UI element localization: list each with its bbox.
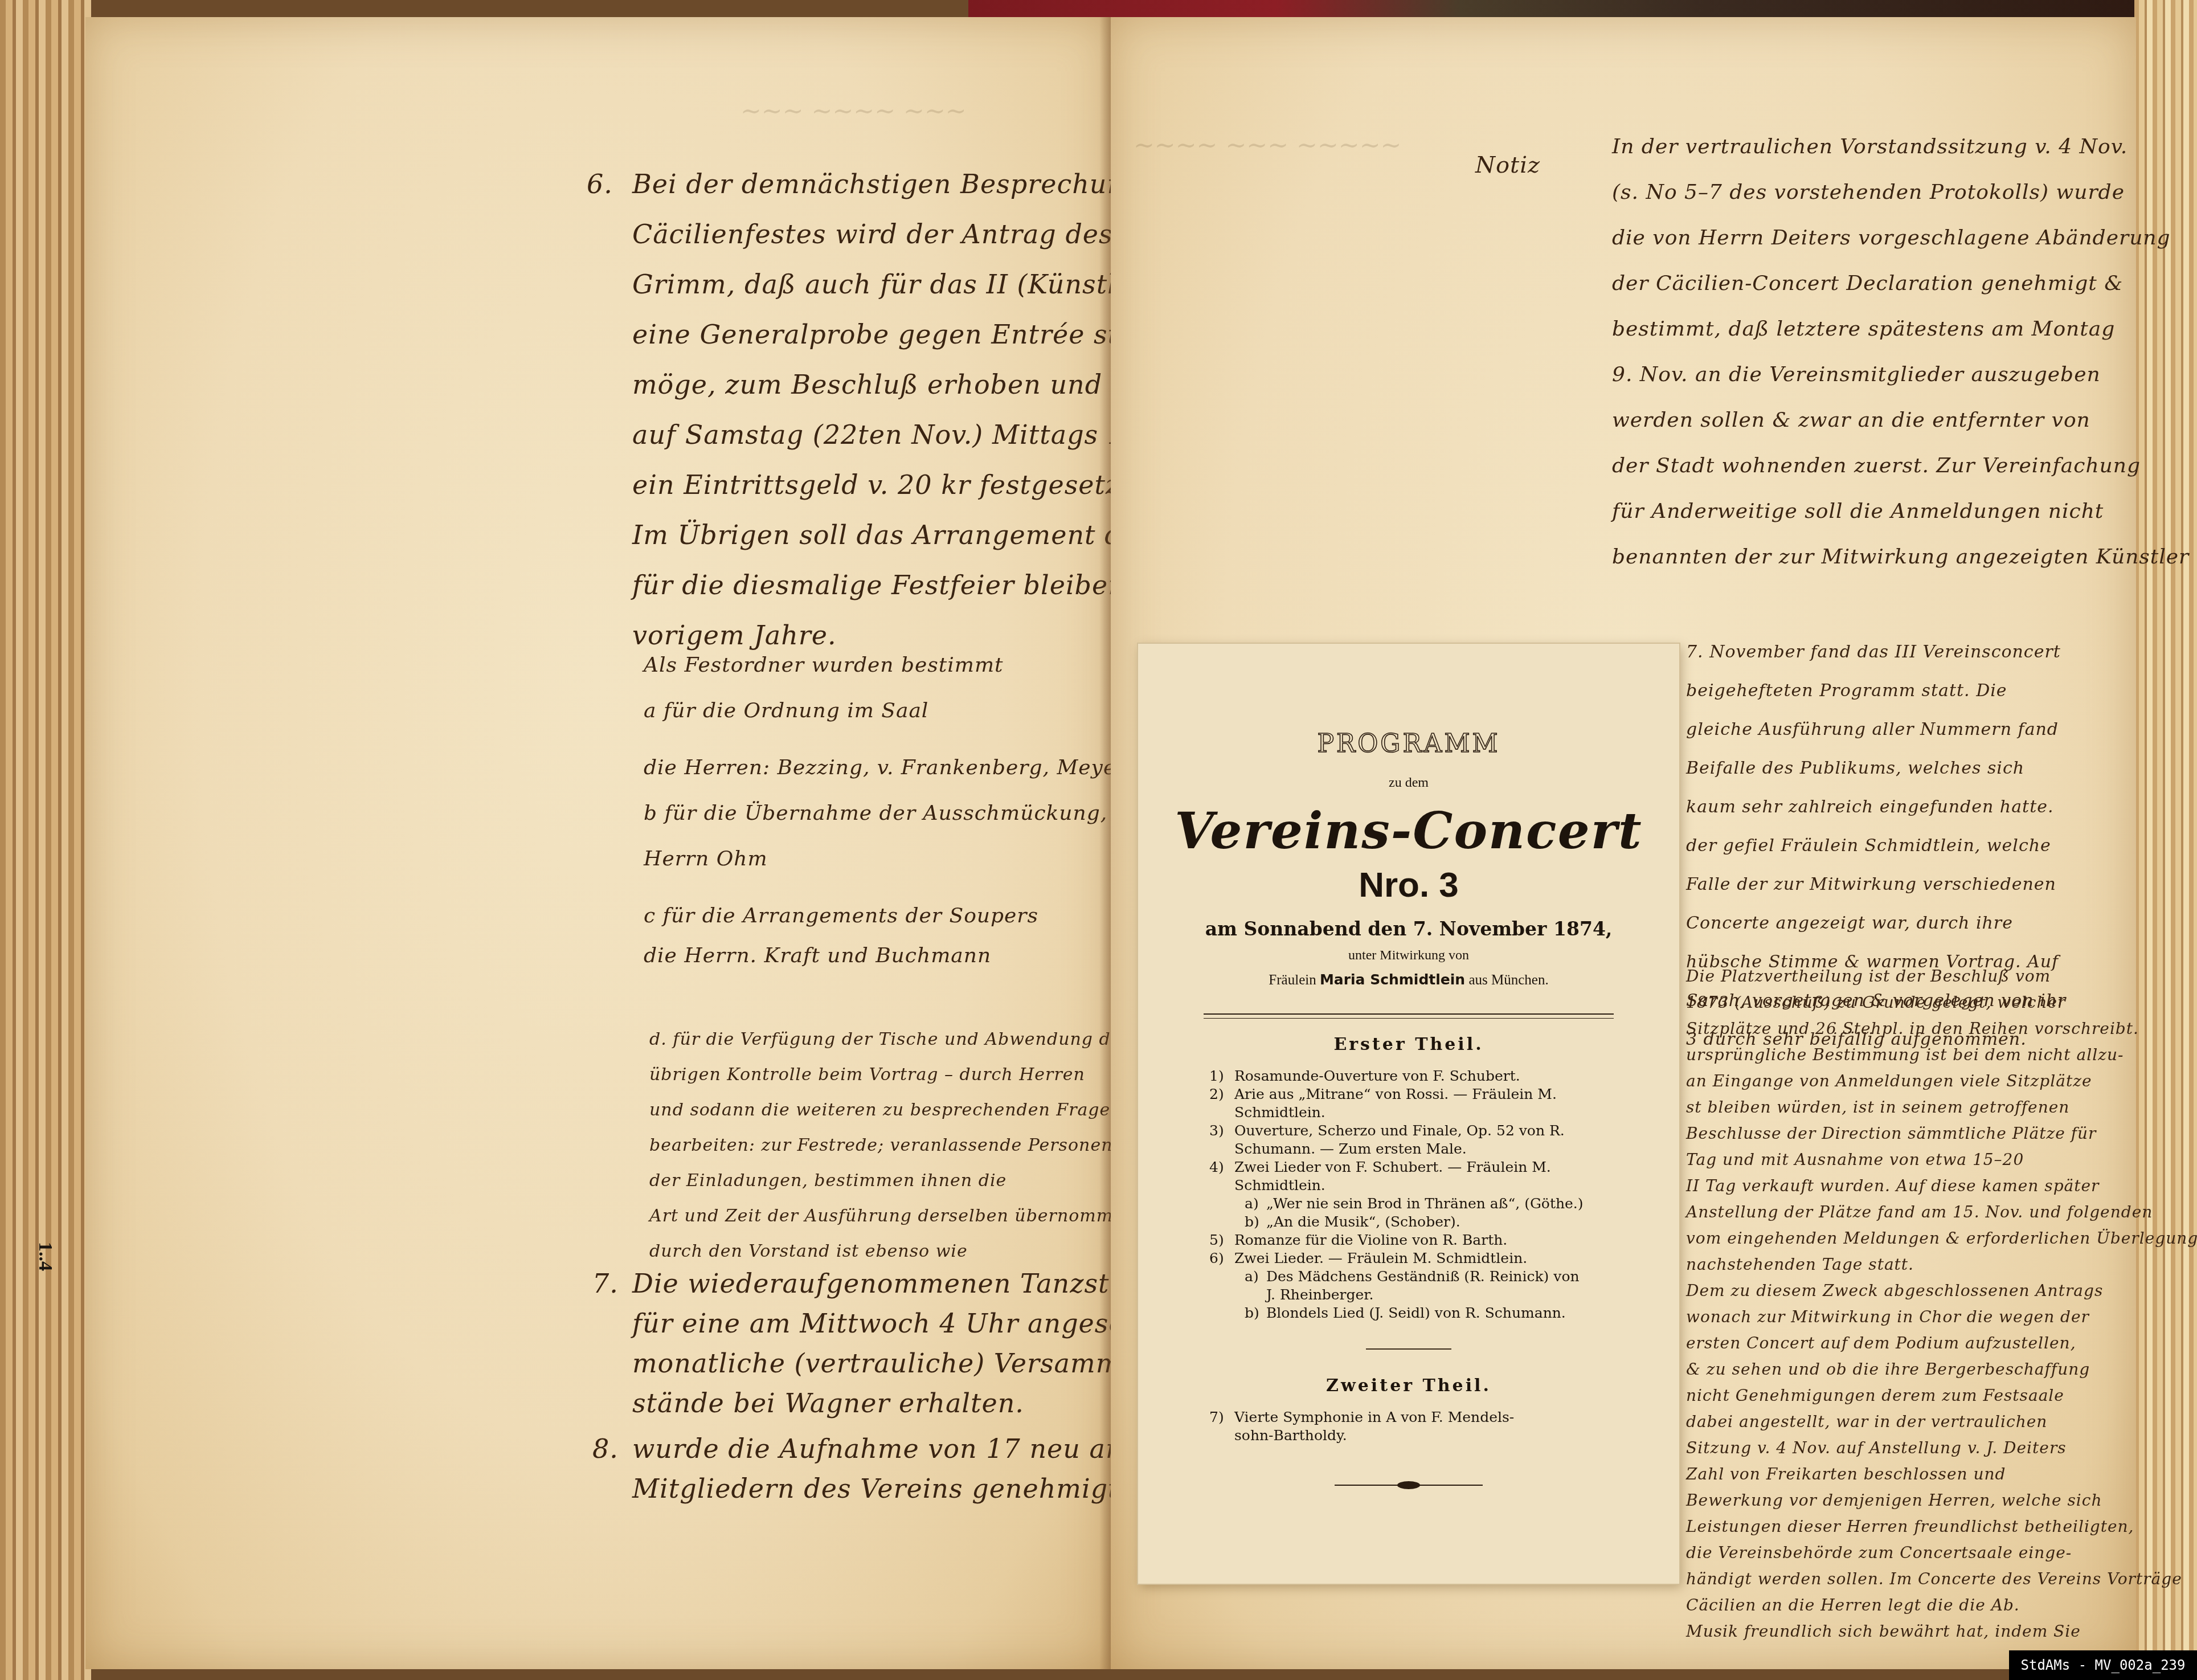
item-6-number: 6. <box>587 171 613 197</box>
festordner-list: Als Festordner wurden bestimmt a für die… <box>644 655 1126 991</box>
ornament-divider-icon <box>1335 1481 1483 1489</box>
program-zu-dem: zu dem <box>1138 775 1679 791</box>
item-7-number: 7. <box>592 1270 619 1297</box>
program-item: 1) Rosamunde-Ouverture von F. Schubert. <box>1209 1067 1608 1085</box>
right-top-paragraph: In der vertraulichen Vorstandssitzung v.… <box>1612 137 2189 592</box>
program-heading: PROGRAMM <box>1138 729 1679 758</box>
item-8-number: 8. <box>592 1436 619 1462</box>
part-1-items: 1) Rosamunde-Ouverture von F. Schubert. … <box>1209 1067 1608 1322</box>
program-guest: Fräulein Maria Schmidtlein aus München. <box>1138 971 1679 988</box>
bleed-through-text: ~~~ ~~~~ ~~~ <box>740 97 967 126</box>
program-mitwirkung: unter Mitwirkung von <box>1138 948 1679 963</box>
part-2-items: 7) Vierte Symphonie in A von F. Mendels-… <box>1209 1408 1608 1445</box>
program-sub-item: b) „An die Musik“, (Schober). <box>1209 1213 1608 1231</box>
program-title: Vereins-Concert <box>1138 801 1679 860</box>
concert-program-insert: PROGRAMM zu dem Vereins-Concert Nro. 3 a… <box>1138 644 1679 1584</box>
bleed-through-text: ~~~~ ~~~ ~~~~~ <box>1134 131 1401 160</box>
program-sub-item: a) Des Mädchens Geständniß (R. Reinick) … <box>1209 1268 1608 1286</box>
program-item: 3) Ouverture, Scherzo und Finale, Op. 52… <box>1209 1122 1608 1140</box>
item-d-text: d. für die Verfügung der Tische und Abwe… <box>649 1031 1135 1278</box>
double-rule-divider <box>1204 1013 1614 1019</box>
part-2-title: Zweiter Theil. <box>1138 1376 1679 1396</box>
page-stack-left-edge <box>0 0 91 1680</box>
left-page: ~~~ ~~~~ ~~~ 6. Bei der demnächstigen Be… <box>85 17 1112 1669</box>
program-item: 7) Vierte Symphonie in A von F. Mendels- <box>1209 1408 1608 1426</box>
program-sub-item: b) Blondels Lied (J. Seidl) von R. Schum… <box>1209 1304 1608 1322</box>
program-item: 4) Zwei Lieder von F. Schubert. — Fräule… <box>1209 1158 1608 1176</box>
margin-note-notiz: Notiz <box>1475 154 1540 177</box>
program-date: am Sonnabend den 7. November 1874, <box>1138 918 1679 940</box>
seating-paragraph: Die Platzvertheilung ist der Beschluß vo… <box>1686 968 2197 1650</box>
program-sub-item: a) „Wer nie sein Brod in Thränen aß“, (G… <box>1209 1195 1608 1213</box>
program-item: 6) Zwei Lieder. — Fräulein M. Schmidtlei… <box>1209 1249 1608 1268</box>
spine-marking: 1..4 <box>34 1242 56 1271</box>
program-item: 2) Arie aus „Mitrane“ von Rossi. — Fräul… <box>1209 1085 1608 1103</box>
short-rule-divider <box>1366 1348 1451 1350</box>
part-1-title: Erster Theil. <box>1138 1035 1679 1054</box>
archive-label: StdAMs - MV_002a_239 <box>2009 1650 2197 1680</box>
program-number: Nro. 3 <box>1138 865 1679 905</box>
program-item: 5) Romanze für die Violine von R. Barth. <box>1209 1231 1608 1249</box>
